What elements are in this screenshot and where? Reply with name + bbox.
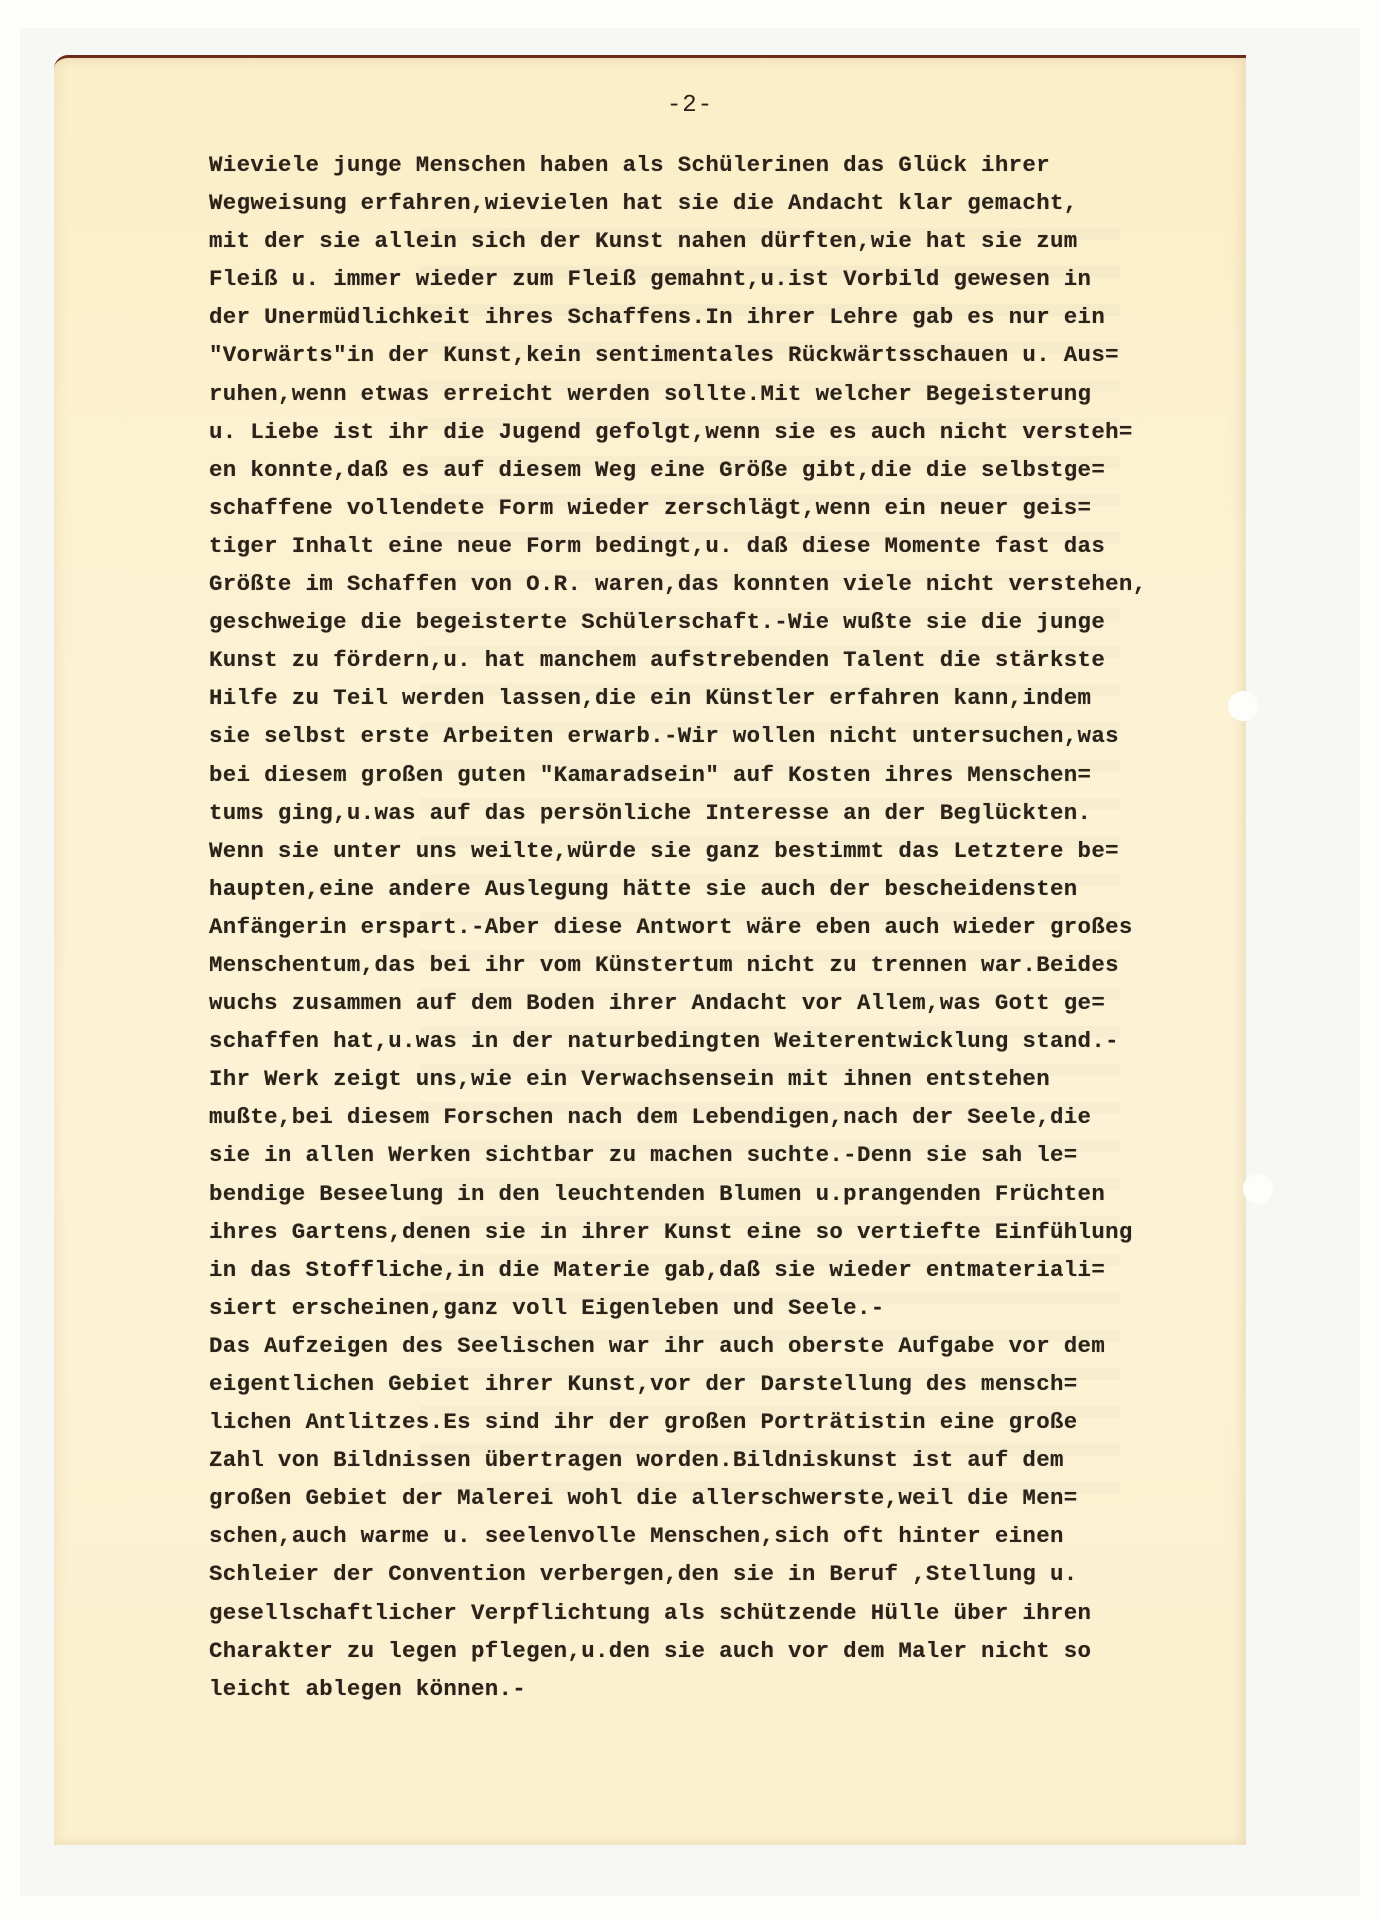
- text-line: Wegweisung erfahren,wievielen hat sie di…: [209, 184, 1269, 222]
- text-line: geschweige die begeisterte Schülerschaft…: [209, 603, 1269, 641]
- text-line: Größte im Schaffen von O.R. waren,das ko…: [209, 565, 1269, 603]
- text-line: sie in allen Werken sichtbar zu machen s…: [209, 1136, 1269, 1174]
- text-line: u. Liebe ist ihr die Jugend gefolgt,wenn…: [209, 413, 1269, 451]
- text-line: schaffen hat,u.was in der naturbedingten…: [209, 1022, 1269, 1060]
- text-line: Schleier der Convention verbergen,den si…: [209, 1555, 1269, 1593]
- text-line: ihres Gartens,denen sie in ihrer Kunst e…: [209, 1213, 1269, 1251]
- text-line: tiger Inhalt eine neue Form bedingt,u. d…: [209, 527, 1269, 565]
- text-line: gesellschaftlicher Verpflichtung als sch…: [209, 1594, 1269, 1632]
- text-line: Charakter zu legen pflegen,u.den sie auc…: [209, 1632, 1269, 1670]
- text-line: schen,auch warme u. seelenvolle Menschen…: [209, 1517, 1269, 1555]
- text-line: in das Stoffliche,in die Materie gab,daß…: [209, 1251, 1269, 1289]
- text-line: Menschentum,das bei ihr vom Künstertum n…: [209, 946, 1269, 984]
- page-number: -2-: [0, 92, 1380, 119]
- text-line: tums ging,u.was auf das persönliche Inte…: [209, 794, 1269, 832]
- text-line: Hilfe zu Teil werden lassen,die ein Küns…: [209, 679, 1269, 717]
- text-line: mit der sie allein sich der Kunst nahen …: [209, 222, 1269, 260]
- text-line: Das Aufzeigen des Seelischen war ihr auc…: [209, 1327, 1269, 1365]
- text-line: schaffene vollendete Form wieder zerschl…: [209, 489, 1269, 527]
- text-line: lichen Antlitzes.Es sind ihr der großen …: [209, 1403, 1269, 1441]
- text-line: ruhen,wenn etwas erreicht werden sollte.…: [209, 375, 1269, 413]
- text-line: Wenn sie unter uns weilte,würde sie ganz…: [209, 832, 1269, 870]
- text-line: eigentlichen Gebiet ihrer Kunst,vor der …: [209, 1365, 1269, 1403]
- text-line: Zahl von Bildnissen übertragen worden.Bi…: [209, 1441, 1269, 1479]
- text-line: der Unermüdlichkeit ihres Schaffens.In i…: [209, 298, 1269, 336]
- text-line: bendige Beseelung in den leuchtenden Blu…: [209, 1175, 1269, 1213]
- text-line: bei diesem großen guten "Kamaradsein" au…: [209, 756, 1269, 794]
- document-body: Wieviele junge Menschen haben als Schüle…: [209, 146, 1269, 1708]
- text-line: "Vorwärts"in der Kunst,kein sentimentale…: [209, 336, 1269, 374]
- text-line: Ihr Werk zeigt uns,wie ein Verwachsensei…: [209, 1060, 1269, 1098]
- text-line: en konnte,daß es auf diesem Weg eine Grö…: [209, 451, 1269, 489]
- text-line: sie selbst erste Arbeiten erwarb.-Wir wo…: [209, 717, 1269, 755]
- text-line: großen Gebiet der Malerei wohl die aller…: [209, 1479, 1269, 1517]
- text-line: mußte,bei diesem Forschen nach dem Leben…: [209, 1098, 1269, 1136]
- text-line: leicht ablegen können.-: [209, 1670, 1269, 1708]
- text-line: Kunst zu fördern,u. hat manchem aufstreb…: [209, 641, 1269, 679]
- text-line: Anfängerin erspart.-Aber diese Antwort w…: [209, 908, 1269, 946]
- text-line: Wieviele junge Menschen haben als Schüle…: [209, 146, 1269, 184]
- text-line: siert erscheinen,ganz voll Eigenleben un…: [209, 1289, 1269, 1327]
- text-line: wuchs zusammen auf dem Boden ihrer Andac…: [209, 984, 1269, 1022]
- text-line: haupten,eine andere Auslegung hätte sie …: [209, 870, 1269, 908]
- text-line: Fleiß u. immer wieder zum Fleiß gemahnt,…: [209, 260, 1269, 298]
